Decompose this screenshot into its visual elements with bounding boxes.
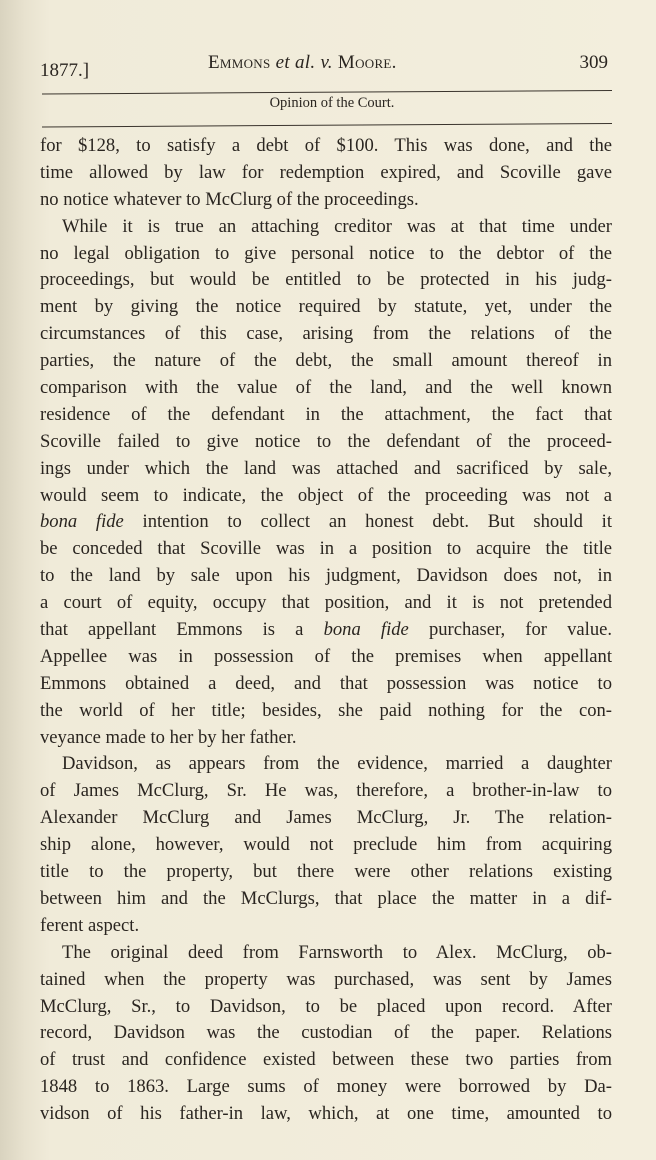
text-line: ship alone, however, would not preclude … xyxy=(40,832,612,859)
text-line: residence of the defendant in the attach… xyxy=(40,402,612,429)
text-line: Scoville failed to give notice to the de… xyxy=(40,429,612,456)
text-line: ment by giving the notice required by st… xyxy=(40,294,612,321)
text-line: between him and the McClurgs, that place… xyxy=(40,886,612,913)
text-line: would seem to indicate, the object of th… xyxy=(40,483,612,510)
text-line: 1848 to 1863. Large sums of money were b… xyxy=(40,1074,612,1101)
page-number: 309 xyxy=(580,52,609,74)
text-line: circumstances of this case, arising from… xyxy=(40,321,612,348)
text-line: parties, the nature of the debt, the sma… xyxy=(40,348,612,375)
text-line: ings under which the land was attached a… xyxy=(40,456,612,483)
text-line: comparison with the value of the land, a… xyxy=(40,375,612,402)
text-line: tained when the property was purchased, … xyxy=(40,967,612,994)
running-head: 1877.] Emmons et al. v. Moore. 309 xyxy=(40,52,612,82)
paragraph-start-line: Davidson, as appears from the evidence, … xyxy=(40,751,612,778)
text-line: Emmons obtained a deed, and that possess… xyxy=(40,671,612,698)
case-title-etal: et al. xyxy=(276,52,316,73)
text-line: bona fide intention to collect an honest… xyxy=(40,509,612,536)
case-title-party1: Emmons xyxy=(208,52,271,73)
text-line: time allowed by law for redemption expir… xyxy=(40,160,612,187)
case-title-versus: v. xyxy=(320,52,332,73)
text-line: no notice whatever to McClurg of the pro… xyxy=(40,187,612,214)
case-title: Emmons et al. v. Moore. xyxy=(208,52,397,74)
text-line: proceedings, but would be entitled to be… xyxy=(40,267,612,294)
body-text: for $128, to satisfy a debt of $100. Thi… xyxy=(40,133,612,1128)
text-line: Appellee was in possession of the premis… xyxy=(40,644,612,671)
text-line: of James McClurg, Sr. He was, therefore,… xyxy=(40,778,612,805)
italic-bona-fide: bona fide xyxy=(40,511,124,532)
header-rule-top xyxy=(42,90,612,94)
text-line: to the land by sale upon his judgment, D… xyxy=(40,563,612,590)
text-line: of trust and confidence existed between … xyxy=(40,1047,612,1074)
text-line: no legal obligation to give personal not… xyxy=(40,241,612,268)
book-page: 1877.] Emmons et al. v. Moore. 309 Opini… xyxy=(0,0,656,1160)
section-subheading: Opinion of the Court. xyxy=(0,95,656,112)
paragraph-start-line: The original deed from Farnsworth to Ale… xyxy=(40,940,612,967)
italic-bona-fide: bona fide xyxy=(324,619,409,640)
text-line: record, Davidson was the custodian of th… xyxy=(40,1020,612,1047)
paragraph-start-line: While it is true an attaching creditor w… xyxy=(40,214,612,241)
text-line: Alexander McClurg and James McClurg, Jr.… xyxy=(40,805,612,832)
text-line: a court of equity, occupy that position,… xyxy=(40,590,612,617)
text-line: the world of her title; besides, she pai… xyxy=(40,698,612,725)
text-line: veyance made to her by her father. xyxy=(40,725,612,752)
running-head-year: 1877.] xyxy=(40,60,89,82)
text-line: be conceded that Scoville was in a posit… xyxy=(40,536,612,563)
text-line: that appellant Emmons is a bona fide pur… xyxy=(40,617,612,644)
text-line: McClurg, Sr., to Davidson, to be placed … xyxy=(40,994,612,1021)
header-rule-bottom xyxy=(42,123,612,127)
text-line: for $128, to satisfy a debt of $100. Thi… xyxy=(40,133,612,160)
case-title-party2: Moore. xyxy=(338,52,397,73)
text-line: title to the property, but there were ot… xyxy=(40,859,612,886)
text-line: vidson of his father-in law, which, at o… xyxy=(40,1101,612,1128)
text-line: ferent aspect. xyxy=(40,913,612,940)
